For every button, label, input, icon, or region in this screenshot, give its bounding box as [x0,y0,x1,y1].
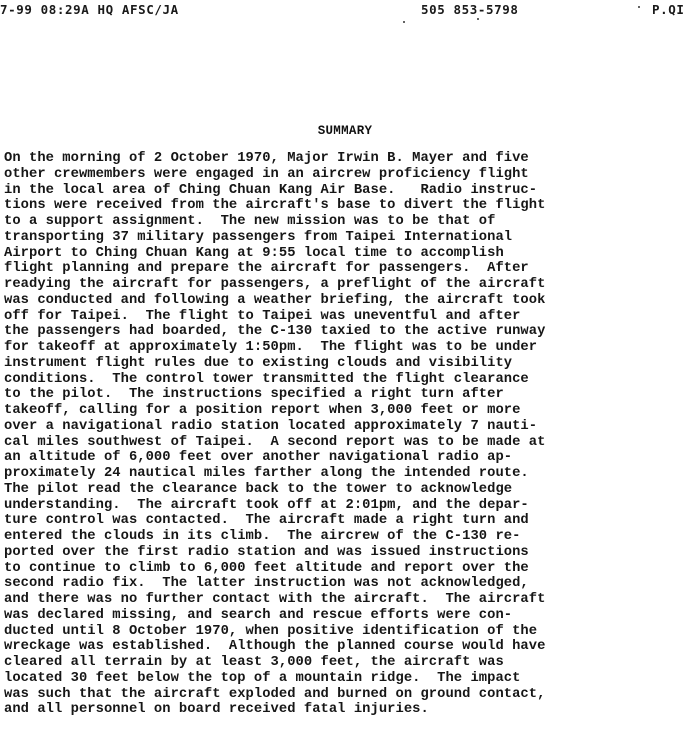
summary-body: On the morning of 2 October 1970, Major … [4,151,690,718]
fax-page-number: P.QI [652,2,685,17]
body-line: for takeoff at approximately 1:50pm. The… [4,340,690,356]
body-line: takeoff, calling for a position report w… [4,403,690,419]
body-line: was such that the aircraft exploded and … [4,687,690,703]
body-line: proximately 24 nautical miles farther al… [4,466,690,482]
fax-transmission-header: 7-99 08:29A HQ AFSC/JA 505 853-5798 P.QI [0,2,690,18]
body-line: ture control was contacted. The aircraft… [4,513,690,529]
body-line: ducted until 8 October 1970, when positi… [4,624,690,640]
body-line: off for Taipei. The flight to Taipei was… [4,309,690,325]
fax-phone-number: 505 853-5798 [421,2,519,17]
body-line: tions were received from the aircraft's … [4,198,690,214]
body-line: cleared all terrain by at least 3,000 fe… [4,655,690,671]
body-line: transporting 37 military passengers from… [4,230,690,246]
body-line: cal miles southwest of Taipei. A second … [4,435,690,451]
body-line: conditions. The control tower transmitte… [4,372,690,388]
body-line: located 30 feet below the top of a mount… [4,671,690,687]
document-title: SUMMARY [0,124,690,138]
body-line: in the local area of Ching Chuan Kang Ai… [4,183,690,199]
body-line: the passengers had boarded, the C-130 ta… [4,324,690,340]
body-line: was conducted and following a weather br… [4,293,690,309]
body-line: The pilot read the clearance back to the… [4,482,690,498]
body-line: to the pilot. The instructions specified… [4,387,690,403]
body-line: and all personnel on board received fata… [4,702,690,718]
body-line: ported over the first radio station and … [4,545,690,561]
body-line: an altitude of 6,000 feet over another n… [4,450,690,466]
body-line: entered the clouds in its climb. The air… [4,529,690,545]
scan-speck [403,21,405,23]
body-line: to continue to climb to 6,000 feet altit… [4,561,690,577]
body-line: flight planning and prepare the aircraft… [4,261,690,277]
body-line: over a navigational radio station locate… [4,419,690,435]
body-line: was declared missing, and search and res… [4,608,690,624]
fax-date-time-sender: 7-99 08:29A HQ AFSC/JA [0,2,179,17]
scan-speck [477,18,479,20]
body-line: second radio fix. The latter instruction… [4,576,690,592]
body-line: understanding. The aircraft took off at … [4,498,690,514]
body-line: to a support assignment. The new mission… [4,214,690,230]
body-line: instrument flight rules due to existing … [4,356,690,372]
body-line: and there was no further contact with th… [4,592,690,608]
scan-speck [638,6,640,8]
body-line: readying the aircraft for passengers, a … [4,277,690,293]
body-line: Airport to Ching Chuan Kang at 9:55 loca… [4,246,690,262]
body-line: other crewmembers were engaged in an air… [4,167,690,183]
body-line: wreckage was established. Although the p… [4,639,690,655]
body-line: On the morning of 2 October 1970, Major … [4,151,690,167]
